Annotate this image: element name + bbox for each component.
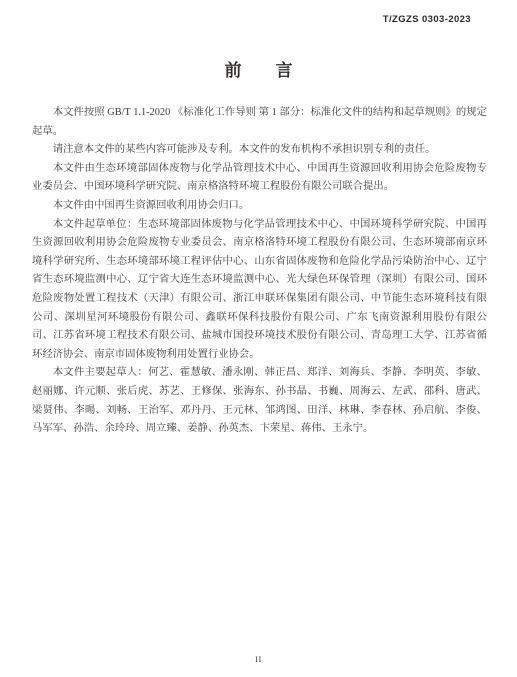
- paragraph-proposed-by: 本文件由生态环境部固体废物与化学品管理技术中心、中国再生资源回收利用协会危险废物…: [32, 160, 487, 197]
- paragraph-drafting-rules: 本文件按照 GB/T 1.1-2020 《标准化工作导则 第 1 部分：标准化文…: [32, 104, 487, 141]
- page-title: 前 言: [0, 56, 517, 81]
- page-number: II: [0, 654, 517, 664]
- foreword-body: 本文件按照 GB/T 1.1-2020 《标准化工作导则 第 1 部分：标准化文…: [32, 104, 487, 439]
- paragraph-patent-notice: 请注意本文件的某些内容可能涉及专利。本文件的发布机构不承担识别专利的责任。: [32, 141, 487, 160]
- paragraph-centralized-by: 本文件由中国再生资源回收利用协会归口。: [32, 197, 487, 216]
- paragraph-drafting-organizations: 本文件起草单位：生态环境部固体废物与化学品管理技术中心、中国环境科学研究院、中国…: [32, 216, 487, 365]
- standard-code-header: T/ZGZS 0303-2023: [383, 14, 471, 25]
- paragraph-main-drafters: 本文件主要起草人：何艺、霍慧敏、潘永刚、韩正昌、郑洋、刘海兵、李静、李明英、李敏…: [32, 364, 487, 438]
- document-page: T/ZGZS 0303-2023 前 言 本文件按照 GB/T 1.1-2020…: [0, 0, 517, 677]
